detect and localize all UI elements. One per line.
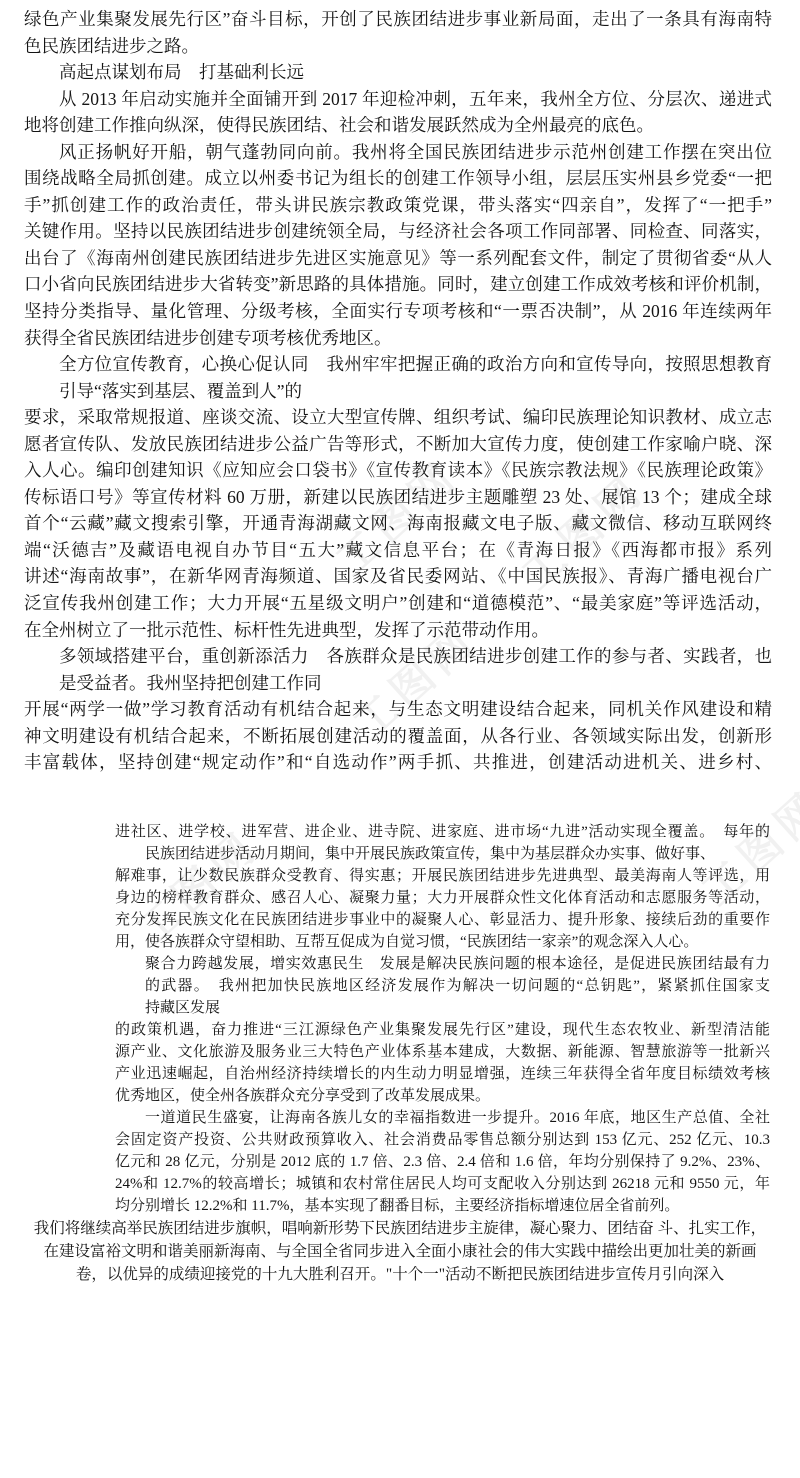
text-line: 产业迅速崛起，自治州经济持续增长的内生动力明显增强，连续三年获得全省年度目标绩效… [115,1063,770,1085]
text-line: 丰富载体，坚持创建“规定动作”和“自选动作”两手抓、共推进，创建活动进机关、进乡… [24,749,772,776]
text-line: 亿元和 28 亿元，分别是 2012 底的 1.7 倍、2.3 倍、2.4 倍和… [115,1151,770,1173]
text-line: 的政策机遇，奋力推进“三江源绿色产业集聚发展先行区”建设，现代生态农牧业、新型清… [115,1019,770,1041]
text-line: 入人心。编印创建知识《应知应会口袋书》《宣传教育读本》《民族宗教法规》《民族理论… [24,457,772,484]
text-line: 用，使各族群众守望相助、互帮互促成为自觉习惯，“民族团结一家亲”的观念深入人心。 [115,931,770,953]
text-line: 24%和 12.7%的较高增长；城镇和农村常住居民人均可支配收入分别达到 262… [115,1173,770,1195]
text-line: 首个“云藏”藏文搜索引擎，开通青海湖藏文网、海南报藏文电子版、藏文微信、移动互联… [24,510,772,537]
text-line: 关键作用。坚持以民族团结进步创建统领全局，与经济社会各项工作同部署、同检查、同落… [24,218,772,245]
text-line: 端“沃德吉”及藏语电视自办节目“五大”藏文信息平台；在《青海日报》《西海都市报》… [24,537,772,564]
text-line: 多领域搭建平台，重创新添活力 各族群众是民族团结进步创建工作的参与者、实践者，也 [24,643,772,670]
text-line: 的武器。 我州把加快民族地区经济发展作为解决一切问题的“总钥匙”，紧紧抓住国家支 [115,975,770,997]
text-line: 开展“两学一做”学习教育活动有机结合起来，与生态文明建设结合起来，同机关作风建设… [24,696,772,723]
document-page: 工图网 工图网 工图网 工图网 工图网 绿色产业集聚发展先行区”奋斗目标，开创了… [0,0,800,1478]
text-line: 一道道民生盛宴，让海南各族儿女的幸福指数进一步提升。2016 年底，地区生产总值… [115,1107,770,1129]
text-line: 风正扬帆好开船，朝气蓬勃同向前。我州将全国民族团结进步示范州创建工作摆在突出位置… [24,139,772,166]
text-line: 愿者宣传队、发放民族团结进步公益广告等形式，不断加大宣传力度，使创建工作家喻户晓… [24,431,772,458]
text-line: 地将创建工作推向纵深，使得民族团结、社会和谐发展跃然成为全州最亮的底色。 [24,112,772,139]
text-line: 获得全省民族团结进步创建专项考核优秀地区。 [24,325,772,352]
text-line: 聚合力跨越发展，增实效惠民生 发展是解决民族问题的根本途径，是促进民族团结最有力 [115,953,770,975]
text-line: 围绕战略全局抓创建。成立以州委书记为组长的创建工作领导小组，层层压实州县乡党委“… [24,165,772,192]
text-line: 身边的榜样教育群众、感召人心、凝聚力量；大力开展群众性文化体育活动和志愿服务等活… [115,887,770,909]
text-line: 是受益者。我州坚持把创建工作同 [24,670,772,697]
text-line: 出台了《海南州创建民族团结进步先进区实施意见》等一系列配套文件，制定了贯彻省委“… [24,245,772,272]
text-line: 高起点谋划布局 打基础利长远 [24,59,772,86]
text-line: 均分别增长 12.2%和 11.7%，基本实现了翻番目标，主要经济指标增速位居全… [115,1195,770,1217]
text-line: 充分发挥民族文化在民族团结进步事业中的凝聚人心、彰显活力、提升形象、接续后劲的重… [115,909,770,931]
text-line: 民族团结进步活动月期间，集中开展民族政策宣传，集中为基层群众办实事、做好事、 [115,843,770,865]
text-line: 我们将继续高举民族团结进步旗帜，唱响新形势下民族团结进步主旋律，凝心聚力、团结奋… [22,1217,778,1240]
text-line: 进社区、进学校、进军营、进企业、进寺院、进家庭、进市场“九进”活动实现全覆盖。 … [115,821,770,843]
text-line: 优秀地区，使全州各族群众充分享受到了改革发展成果。 [115,1085,770,1107]
text-line: 从 2013 年启动实施并全面铺开到 2017 年迎检冲刺，五年来，我州全方位、… [24,86,772,113]
text-line: 持藏区发展 [115,997,770,1019]
text-line: 要求，采取常规报道、座谈交流、设立大型宣传牌、组织考试、编印民族理论知识教材、成… [24,404,772,431]
text-line: 绿色产业集聚发展先行区”奋斗目标，开创了民族团结进步事业新局面，走出了一条具有海… [24,6,772,33]
text-line: 色民族团结进步之路。 [24,33,772,60]
text-line: 在建设富裕文明和谐美丽新海南、与全国全省同步进入全面小康社会的伟大实践中描绘出更… [22,1240,778,1263]
text-line: 会固定资产投资、公共财政预算收入、社会消费品零售总额分别达到 153 亿元、25… [115,1129,770,1151]
text-line: 卷，以优异的成绩迎接党的十九大胜利召开。"十个一"活动不断把民族团结进步宣传月引… [22,1263,778,1286]
text-line: 全方位宣传教育，心换心促认同 我州牢牢把握正确的政治方向和宣传导向，按照思想教育 [24,351,772,378]
section-main-body: 绿色产业集聚发展先行区”奋斗目标，开创了民族团结进步事业新局面，走出了一条具有海… [24,6,772,776]
text-line: 讲述“海南故事”，在新华网青海频道、国家及省民委网站、《中国民族报》、青海广播电… [24,563,772,590]
text-line: 源产业、文化旅游及服务业三大特色产业体系基本建成，大数据、新能源、智慧旅游等一批… [115,1041,770,1063]
text-line: 神文明建设有机结合起来，不断拓展创建活动的覆盖面，从各行业、各领域实际出发，创新… [24,723,772,750]
text-line: 在全州树立了一批示范性、标杆性先进典型，发挥了示范带动作用。 [24,617,772,644]
text-line: 坚持分类指导、量化管理、分级考核，全面实行专项考核和“一票否决制”，从 2016… [24,298,772,325]
section-inset-block: 进社区、进学校、进军营、进企业、进寺院、进家庭、进市场“九进”活动实现全覆盖。 … [115,821,770,1217]
section-closing: 我们将继续高举民族团结进步旗帜，唱响新形势下民族团结进步主旋律，凝心聚力、团结奋… [22,1217,778,1286]
text-line: 引导“落实到基层、覆盖到人”的 [24,378,772,405]
text-line: 手”抓创建工作的政治责任，带头讲民族宗教政策党课，带头落实“四亲自”，发挥了“一… [24,192,772,219]
text-line: 解难事，让少数民族群众受教育、得实惠；开展民族团结进步先进典型、最美海南人等评选… [115,865,770,887]
text-line: 泛宣传我州创建工作；大力开展“五星级文明户”创建和“道德模范”、“最美家庭”等评… [24,590,772,617]
text-line: 传标语口号》等宣传材料 60 万册，新建以民族团结进步主题雕塑 23 处、展馆 … [24,484,772,511]
text-line: 口小省向民族团结进步大省转变”新思路的具体措施。同时，建立创建工作成效考核和评价… [24,271,772,298]
